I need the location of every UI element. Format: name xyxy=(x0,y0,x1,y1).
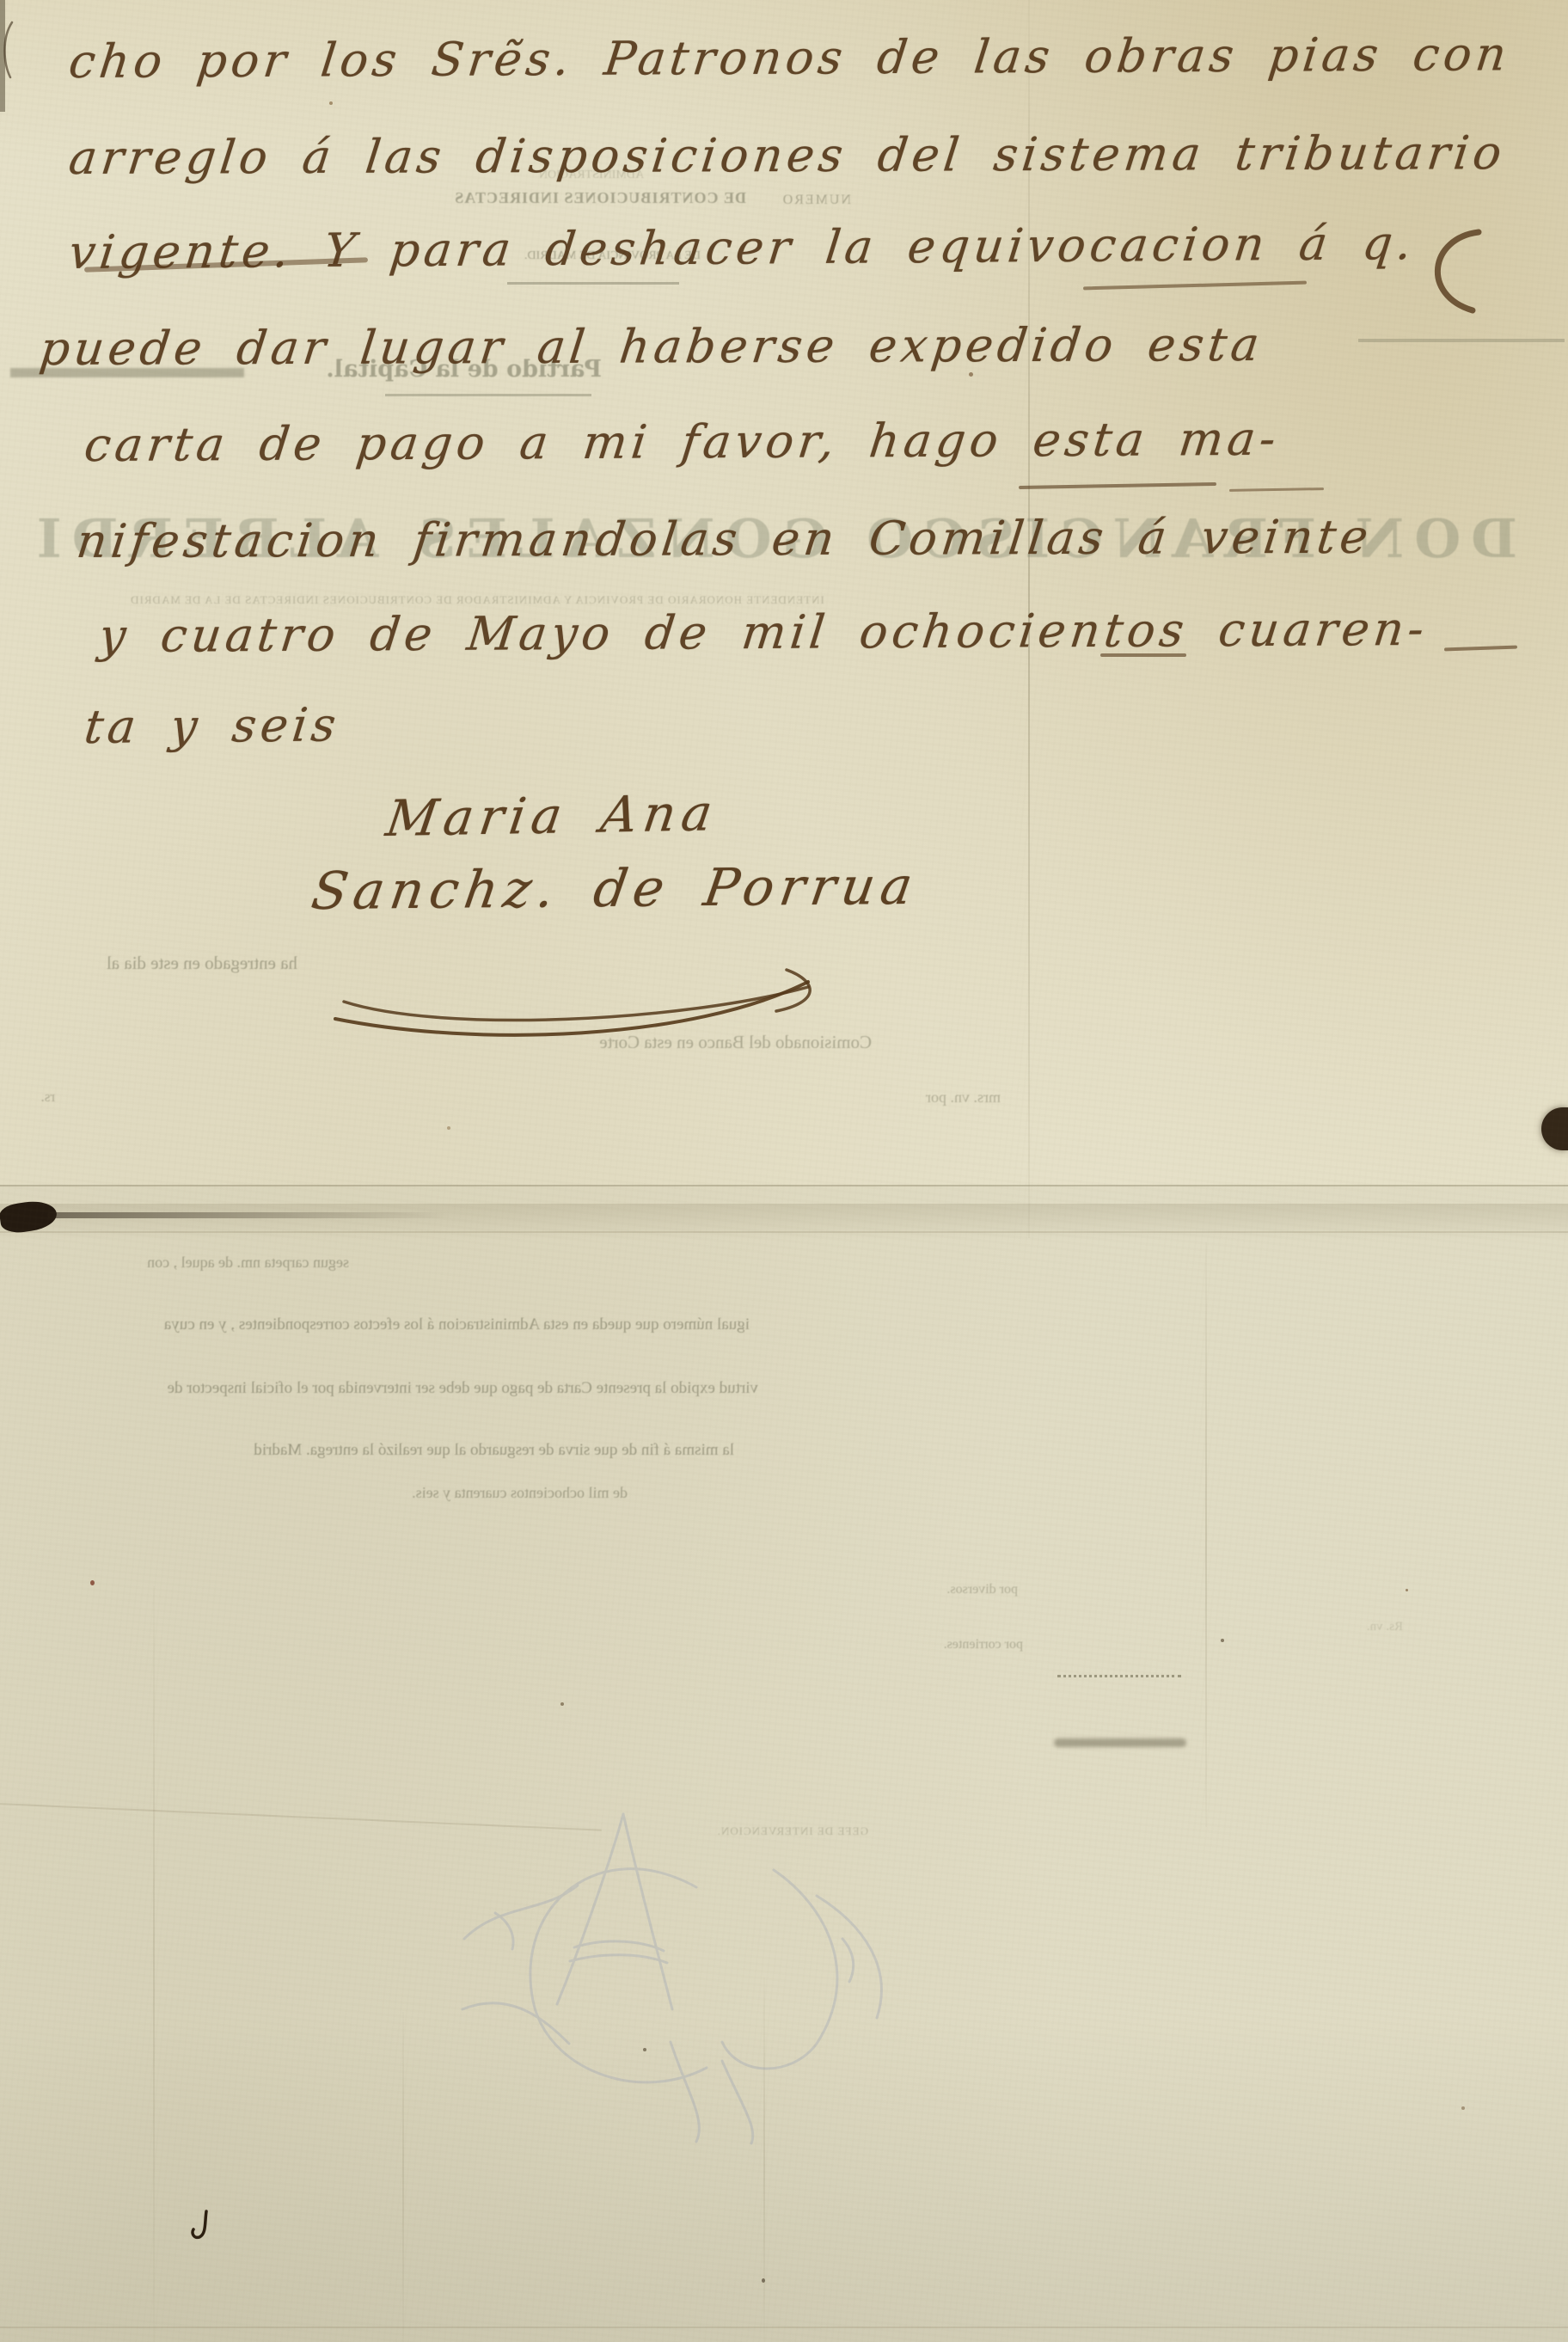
bleed-dotted-line xyxy=(1057,1675,1181,1677)
handwritten-line-8: ta y seis xyxy=(82,697,343,754)
pen-curl-top-left-icon xyxy=(0,21,15,81)
foxing-spot xyxy=(1221,1639,1224,1642)
bleed-paragraph-line-1: segun carpeta nm. de aquel , con xyxy=(65,1254,349,1272)
ink-blot-right-edge xyxy=(1541,1107,1568,1150)
foxing-spot xyxy=(90,1580,95,1585)
horizontal-fold-crease xyxy=(0,1185,1568,1186)
bleed-amount-line1: por diversos. xyxy=(908,1582,1018,1597)
handwritten-line-2: arreglo á las disposiciones del sistema … xyxy=(66,126,1509,185)
bleed-rule-under-header xyxy=(507,282,679,285)
bleed-paragraph-line-4: la misma á fin de que sirva de resguardo… xyxy=(12,1441,734,1460)
vertical-fold-crease-right xyxy=(1205,1242,1207,1827)
foxing-spot xyxy=(969,372,973,377)
ink-stroke-under-favor xyxy=(1019,482,1216,489)
handwritten-line-7: y cuatro de Mayo de mil ochocientos cuar… xyxy=(96,602,1431,663)
bottom-edge-line xyxy=(0,2327,1568,2328)
fold-shadow-band xyxy=(0,1204,1568,1240)
ghost-monogram-sketch-icon xyxy=(413,1784,963,2145)
foxing-spot xyxy=(1406,1589,1408,1591)
bleed-paragraph-line-3: virtud expido la presente Carta de pago … xyxy=(12,1379,758,1398)
bleed-rs-label: rs. xyxy=(15,1088,55,1106)
signature-line-2: Sanchz. de Porrua xyxy=(308,856,922,922)
ink-dash-line-end xyxy=(1444,646,1517,652)
bleed-amount-line2: por corrientes. xyxy=(904,1637,1023,1652)
bleed-paragraph-line-5: de mil ochocientos cuarenta y seis. xyxy=(368,1484,628,1502)
ink-stroke-under-equivocacion xyxy=(1083,281,1307,291)
ink-dash-blank-date xyxy=(1100,653,1186,657)
vertical-crease-bottom-1 xyxy=(402,2012,404,2342)
vertical-fold-crease-left xyxy=(153,1586,155,2342)
handwritten-line-5: carta de pago a mi favor, hago esta ma- xyxy=(82,412,1283,472)
bleed-paragraph-line-2: igual número que queda en esta Administr… xyxy=(12,1315,750,1334)
bleed-smudge-bar xyxy=(1054,1738,1186,1747)
foxing-spot xyxy=(762,2278,765,2283)
bleed-rs-vn-label: Rs. vn. xyxy=(1331,1620,1403,1634)
bleed-rule-right-margin xyxy=(1358,339,1565,342)
bleed-receipt-line1: ha entregado en este dia al xyxy=(24,953,297,974)
signature-rubric-icon xyxy=(322,937,838,1049)
paper-lower-tint xyxy=(0,1185,1568,2342)
ink-stroke-under-hago xyxy=(1229,487,1324,492)
foxing-spot xyxy=(1461,2106,1465,2110)
handwritten-line-1: cho por los Srẽs. Patronos de las obras … xyxy=(66,27,1513,89)
foxing-spot xyxy=(329,101,333,105)
foxing-spot xyxy=(643,2048,646,2051)
document-page: ADMINISTRACION DE CONTRIBUCIONES INDIREC… xyxy=(0,0,1568,2342)
handwritten-line-4: puede dar lugar al haberse expedido esta xyxy=(37,317,1266,376)
bleed-mrs-label: mrs. vn. por xyxy=(867,1088,1001,1107)
horizontal-fold-crease-2 xyxy=(0,1231,1568,1233)
foxing-spot xyxy=(560,1702,564,1706)
bleed-admin-line2: DE CONTRIBUCIONES INDIRECTAS xyxy=(471,189,746,207)
bleed-rule-under-partido xyxy=(385,394,591,396)
bleed-numero-label: NUMERO xyxy=(756,193,851,208)
handwritten-line-3: vigente. Y para deshacer la equivocacion… xyxy=(66,216,1419,279)
j-ink-mark-icon xyxy=(187,2208,213,2242)
foxing-spot xyxy=(447,1126,450,1130)
signature-line-1: Maria Ana xyxy=(383,783,722,848)
ink-flourish-icon xyxy=(1414,219,1491,322)
ink-streak-fold xyxy=(47,1212,451,1218)
handwritten-line-6: nifestacion firmandolas en Comillas á ve… xyxy=(74,510,1375,568)
